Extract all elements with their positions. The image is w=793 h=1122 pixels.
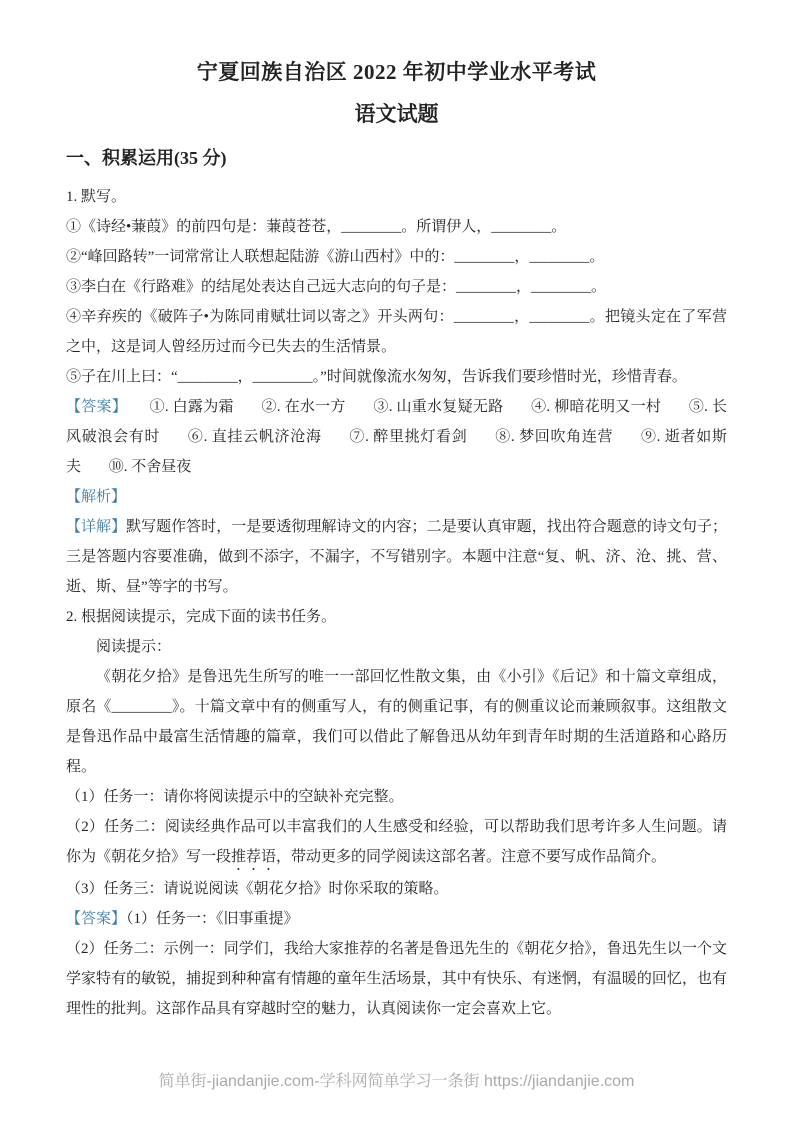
answer-item: ⑥. 直挂云帆济沧海 [188,429,322,445]
analysis-label: 【解析】 [66,489,126,505]
question-1-answer-line: 【答案】①. 白露为霜②. 在水一方③. 山重水复疑无路④. 柳暗花明又一村⑤.… [66,392,727,482]
question-2-hint-body: 《朝花夕拾》是鲁迅先生所写的唯一一部回忆性散文集，由《小引》《后记》和十篇文章组… [66,662,727,782]
section-1-heading: 一、积累运用(35 分) [66,144,727,172]
exam-subtitle: 语文试题 [66,100,727,128]
answer-1-text: （1）任务一：《旧事重提》 [126,911,299,927]
question-2-answer-line-2: （2）任务二：示例一：同学们，我给大家推荐的名著是鲁迅先生的《朝花夕拾》，鲁迅先… [66,934,727,1024]
exam-title: 宁夏回族自治区 2022 年初中学业水平考试 [66,58,727,86]
question-2-stem: 2. 根据阅读提示，完成下面的读书任务。 [66,602,727,632]
question-1-stem: 1. 默写。 [66,182,727,212]
question-1-item-1: ①《诗经•蒹葭》的前四句是：蒹葭苍苍，________。所谓伊人，_______… [66,212,727,242]
task-2-text-post: ，带动更多的同学阅读这部名著。注意不要写成作品简介。 [276,849,666,865]
answer-item: ③. 山重水复疑无路 [373,399,503,415]
question-2-task-2: （2）任务二：阅读经典作品可以丰富我们的人生感受和经验，可以帮助我们思考许多人生… [66,812,727,874]
exam-content: 宁夏回族自治区 2022 年初中学业水平考试 语文试题 一、积累运用(35 分)… [0,58,793,1024]
detail-label: 【详解】 [66,519,126,535]
question-2-task-3: （3）任务三：请说说阅读《朝花夕拾》时你采取的策略。 [66,874,727,904]
answer-item: ②. 在水一方 [262,399,346,415]
question-2-task-1: （1）任务一：请你将阅读提示中的空缺补充完整。 [66,782,727,812]
question-1-item-3: ③李白在《行路难》的结尾处表达自己远大志向的句子是：________，_____… [66,272,727,302]
answer-item: ⑦. 醉里挑灯看剑 [349,429,467,445]
answer-item: ①. 白露为霜 [150,399,234,415]
question-2-hint-title: 阅读提示： [66,632,727,662]
answer-item: ④. 柳暗花明又一村 [531,399,661,415]
exam-paper-page: 宁夏回族自治区 2022 年初中学业水平考试 语文试题 一、积累运用(35 分)… [0,0,793,1122]
question-1-detail: 【详解】默写题作答时，一是要透彻理解诗文的内容；二是要认真审题，找出符合题意的诗… [66,512,727,602]
detail-text: 默写题作答时，一是要透彻理解诗文的内容；二是要认真审题，找出符合题意的诗文句子；… [66,519,727,595]
watermark-footer: 简单街-jiandanjie.com-学科网简单学习一条街 https://ji… [0,1068,793,1091]
answer-item: ⑩. 不舍昼夜 [109,459,192,475]
task-2-emphasized-term: 推荐语 [231,849,276,865]
answer-label: 【答案】 [66,911,126,927]
answer-item: ⑧. 梦回吹角连营 [495,429,613,445]
question-1-item-4: ④辛弃疾的《破阵子•为陈同甫赋壮词以寄之》开头两句：________，_____… [66,302,727,362]
question-1-item-5: ⑤子在川上曰：“________，________。”时间就像流水匆匆，告诉我们… [66,362,727,392]
question-1-analysis-label: 【解析】 [66,482,727,512]
answer-label: 【答案】 [66,399,127,415]
question-2-answer-line-1: 【答案】（1）任务一：《旧事重提》 [66,904,727,934]
question-1-item-2: ②“峰回路转”一词常常让人联想起陆游《游山西村》中的：________，____… [66,242,727,272]
